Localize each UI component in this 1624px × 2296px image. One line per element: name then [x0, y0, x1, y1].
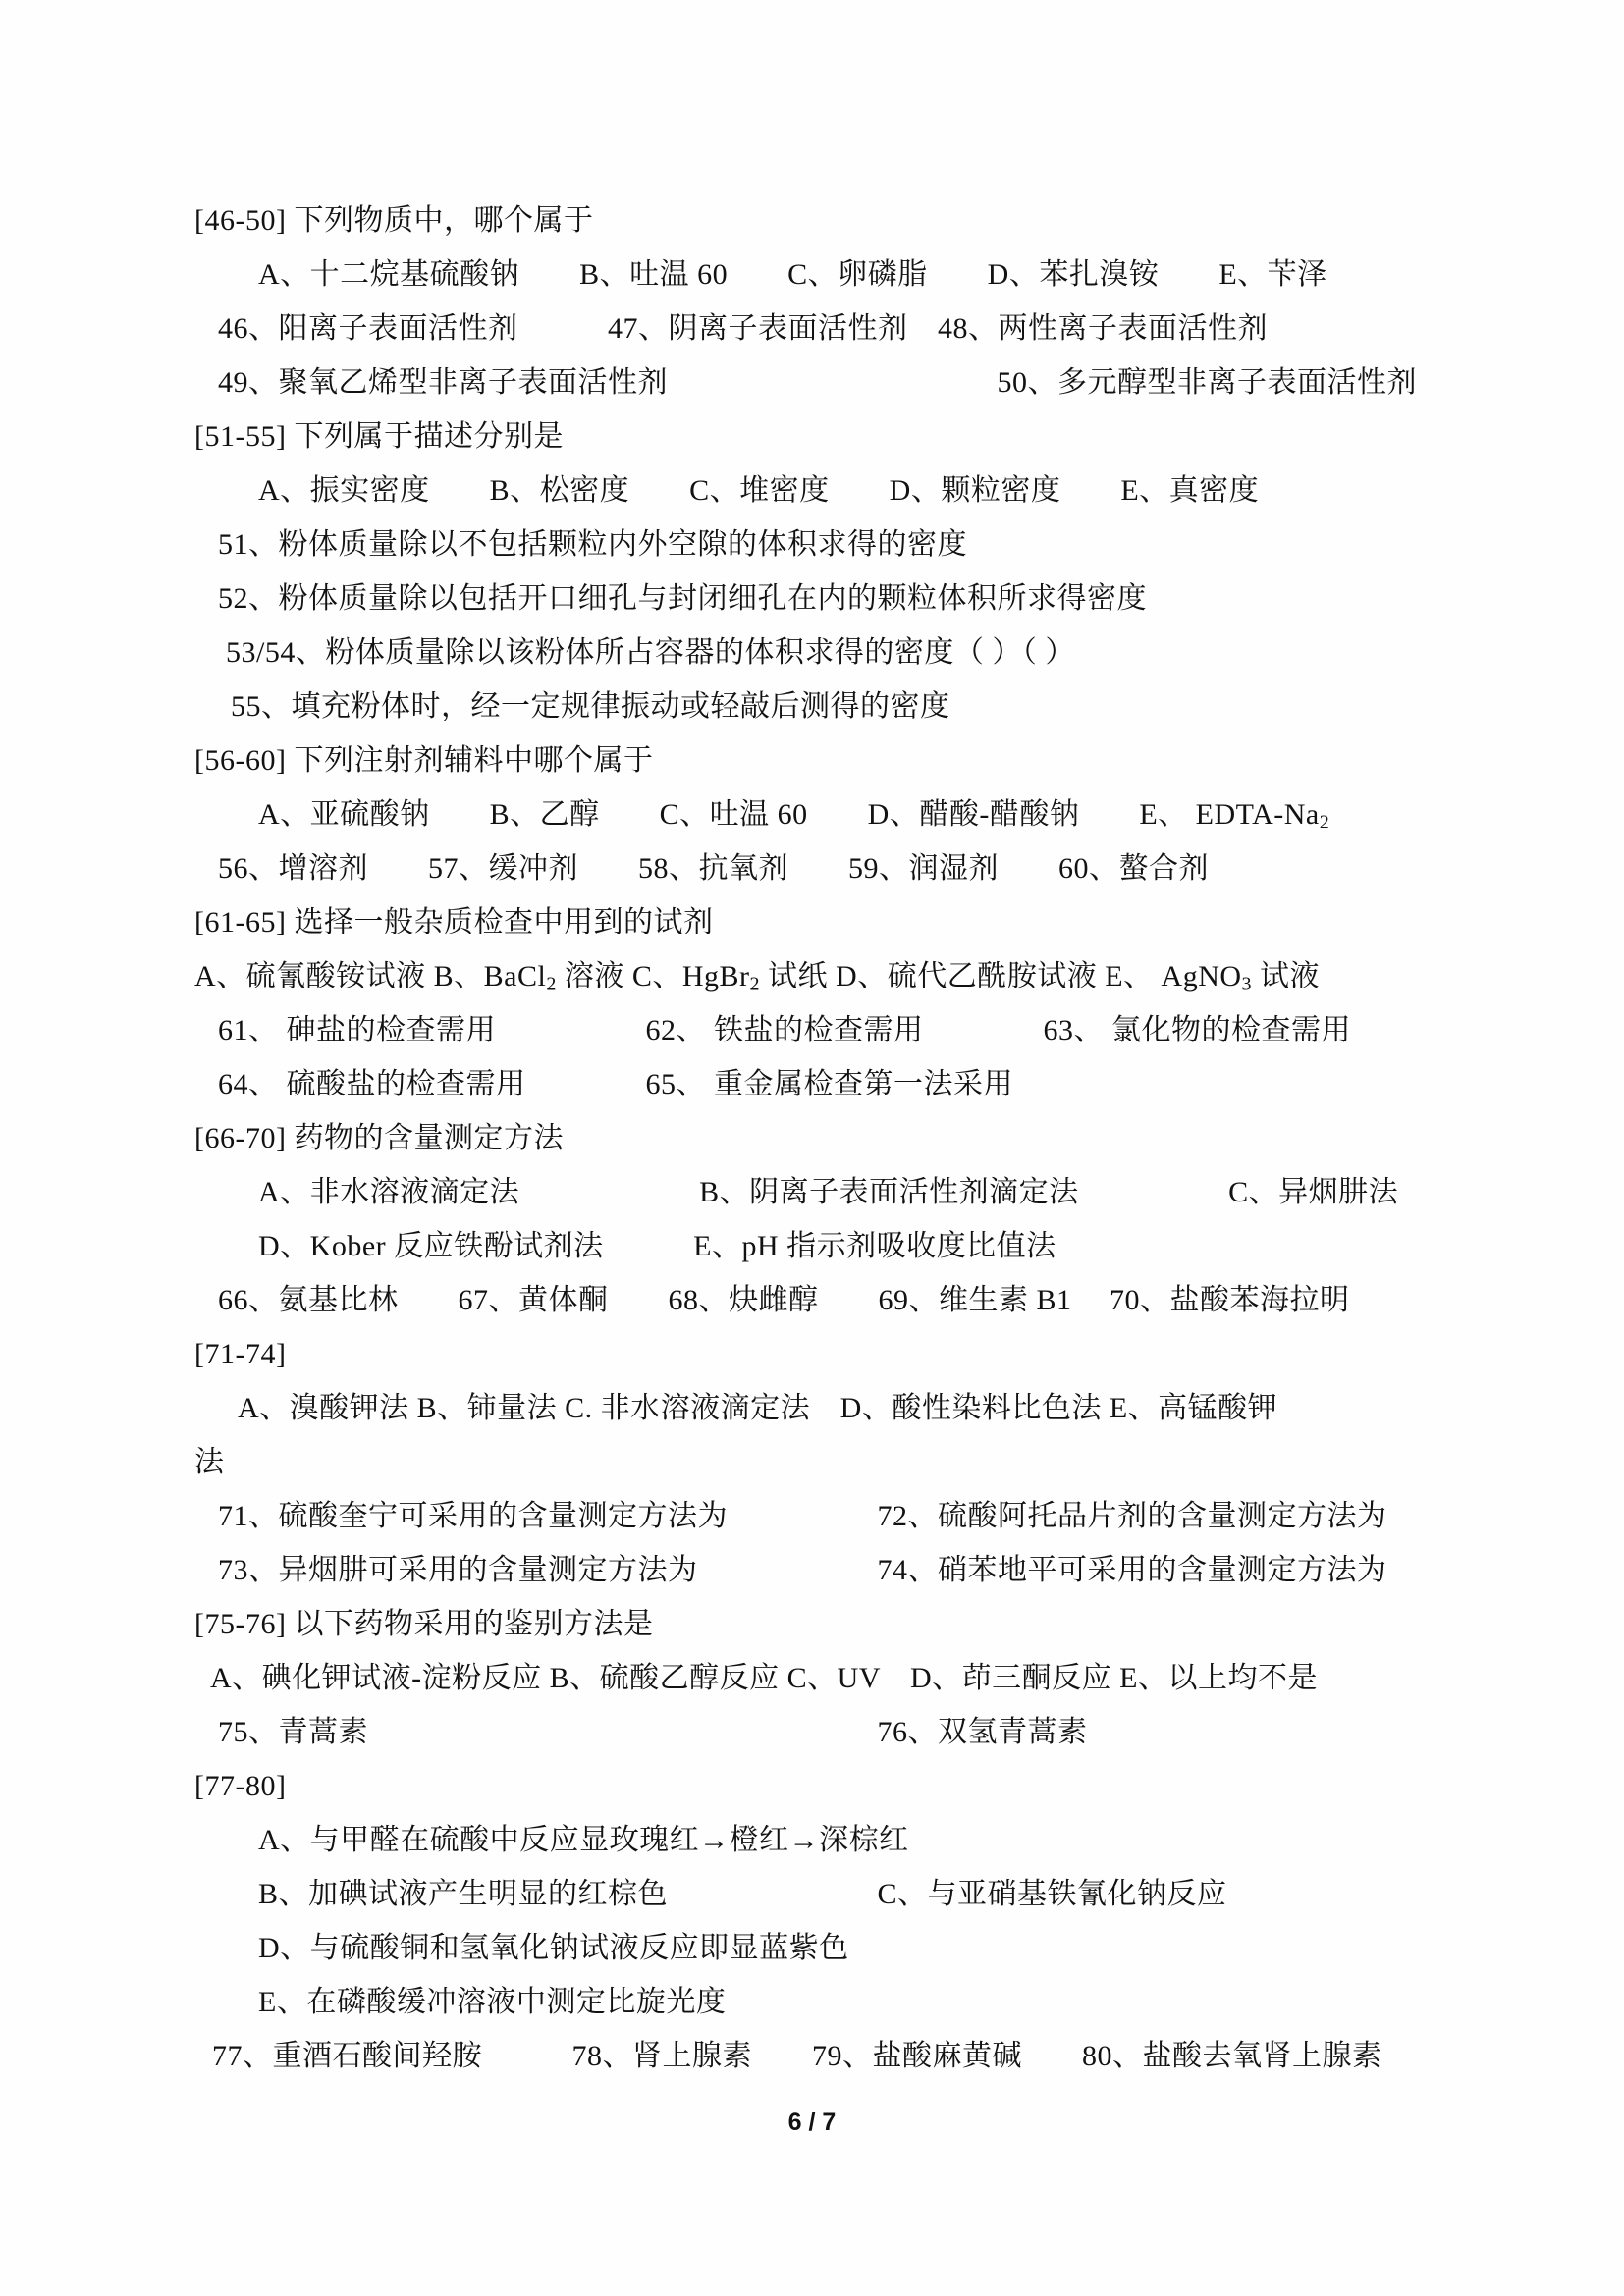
options-61-65: A、硫氰酸铵试液 B、BaCl2 溶液 C、HgBr2 试纸 D、硫代乙酰胺试液… [194, 949, 1500, 1003]
text-run: [56-60] 下列注射剂辅料中哪个属于 [194, 744, 653, 776]
subscript-text: 2 [546, 973, 557, 994]
text-run: B、加碘试液产生明显的红棕色 C、与亚硝基铁氰化钠反应 [258, 1878, 1227, 1910]
items-77-80: 77、重酒石酸间羟胺 78、肾上腺素 79、盐酸麻黄碱 80、盐酸去氧肾上腺素 [194, 2029, 1500, 2083]
text-run: 73、异烟肼可采用的含量测定方法为 74、硝苯地平可采用的含量测定方法为 [218, 1554, 1387, 1586]
option-77-80-e: E、在磷酸缓冲溶液中测定比旋光度 [194, 1975, 1500, 2029]
text-run: 66、氨基比林 67、黄体酮 68、炔雌醇 69、维生素 B1 70、盐酸苯海拉… [218, 1284, 1350, 1316]
section-71-74-header: [71-74] [194, 1327, 1500, 1381]
section-75-76-header: [75-76] 以下药物采用的鉴别方法是 [194, 1597, 1500, 1651]
options-46-50: A、十二烷基硫酸钠 B、吐温 60 C、卵磷脂 D、苯扎溴铵 E、苄泽 [194, 247, 1500, 301]
text-run: A、碘化钾试液-淀粉反应 B、硫酸乙醇反应 C、UV D、茚三酮反应 E、以上均… [210, 1662, 1318, 1694]
text-run: A、非水溶液滴定法 B、阴离子表面活性剂滴定法 C、异烟肼法 [258, 1176, 1398, 1208]
section-66-70-header: [66-70] 药物的含量测定方法 [194, 1111, 1500, 1165]
options-71-74-line2: 法 [194, 1435, 1500, 1489]
page-number: 6 / 7 [0, 2109, 1624, 2137]
items-61-63: 61、 砷盐的检查需用 62、 铁盐的检查需用 63、 氯化物的检查需用 [194, 1003, 1500, 1057]
text-run: [61-65] 选择一般杂质检查中用到的试剂 [194, 906, 713, 938]
text-run: [71-74] [194, 1338, 286, 1370]
options-71-74-line1: A、溴酸钾法 B、铈量法 C. 非水溶液滴定法 D、酸性染料比色法 E、高锰酸钾 [194, 1381, 1500, 1435]
document-page: [46-50] 下列物质中，哪个属于A、十二烷基硫酸钠 B、吐温 60 C、卵磷… [0, 0, 1624, 2296]
subscript-text: 2 [1320, 811, 1330, 832]
text-run: 52、粉体质量除以包括开口细孔与封闭细孔在内的颗粒体积所求得密度 [218, 582, 1147, 614]
items-73-74: 73、异烟肼可采用的含量测定方法为 74、硝苯地平可采用的含量测定方法为 [194, 1543, 1500, 1597]
text-run: 试纸 D、硫代乙酰胺试液 E、 AgNO [760, 960, 1242, 992]
items-56-60: 56、增溶剂 57、缓冲剂 58、抗氧剂 59、润湿剂 60、螯合剂 [194, 841, 1500, 895]
text-run: 试液 [1252, 960, 1320, 992]
text-run: [66-70] 药物的含量测定方法 [194, 1122, 564, 1154]
option-77-80-d: D、与硫酸铜和氢氧化钠试液反应即显蓝紫色 [194, 1921, 1500, 1975]
text-run: [51-55] 下列属于描述分别是 [194, 420, 564, 453]
section-51-55-header: [51-55] 下列属于描述分别是 [194, 409, 1500, 463]
text-run: 51、粉体质量除以不包括颗粒内外空隙的体积求得的密度 [218, 528, 967, 561]
text-run: 71、硫酸奎宁可采用的含量测定方法为 72、硫酸阿托品片剂的含量测定方法为 [218, 1500, 1387, 1532]
text-run: 61、 砷盐的检查需用 62、 铁盐的检查需用 63、 氯化物的检查需用 [218, 1014, 1351, 1046]
item-51: 51、粉体质量除以不包括颗粒内外空隙的体积求得的密度 [194, 517, 1500, 571]
text-run: [75-76] 以下药物采用的鉴别方法是 [194, 1608, 653, 1640]
option-77-80-a: A、与甲醛在硫酸中反应显玫瑰红→橙红→深棕红 [194, 1813, 1500, 1867]
text-run: 46、阳离子表面活性剂 47、阴离子表面活性剂 48、两性离子表面活性剂 [218, 312, 1268, 345]
text-run: 49、聚氧乙烯型非离子表面活性剂 50、多元醇型非离子表面活性剂 [218, 366, 1417, 399]
items-71-72: 71、硫酸奎宁可采用的含量测定方法为 72、硫酸阿托品片剂的含量测定方法为 [194, 1489, 1500, 1543]
options-77-80-bc: B、加碘试液产生明显的红棕色 C、与亚硝基铁氰化钠反应 [194, 1867, 1500, 1921]
subscript-text: 3 [1242, 973, 1253, 994]
text-run: A、十二烷基硫酸钠 B、吐温 60 C、卵磷脂 D、苯扎溴铵 E、苄泽 [258, 258, 1327, 291]
options-66-70-line2: D、Kober 反应铁酚试剂法 E、pH 指示剂吸收度比值法 [194, 1219, 1500, 1273]
options-75-76: A、碘化钾试液-淀粉反应 B、硫酸乙醇反应 C、UV D、茚三酮反应 E、以上均… [194, 1651, 1500, 1705]
text-run: A、硫氰酸铵试液 B、BaCl [194, 960, 546, 992]
item-52: 52、粉体质量除以包括开口细孔与封闭细孔在内的颗粒体积所求得密度 [194, 571, 1500, 625]
item-55: 55、填充粉体时，经一定规律振动或轻敲后测得的密度 [194, 679, 1500, 733]
items-49-50: 49、聚氧乙烯型非离子表面活性剂 50、多元醇型非离子表面活性剂 [194, 355, 1500, 409]
item-53-54: 53/54、粉体质量除以该粉体所占容器的体积求得的密度（ ）（ ） [194, 625, 1500, 679]
section-56-60-header: [56-60] 下列注射剂辅料中哪个属于 [194, 733, 1500, 787]
items-75-76: 75、青蒿素 76、双氢青蒿素 [194, 1705, 1500, 1759]
text-run: A、与甲醛在硫酸中反应显玫瑰红→橙红→深棕红 [258, 1824, 909, 1856]
document-content: [46-50] 下列物质中，哪个属于A、十二烷基硫酸钠 B、吐温 60 C、卵磷… [194, 193, 1500, 2083]
text-run: 53/54、粉体质量除以该粉体所占容器的体积求得的密度（ ）（ ） [226, 636, 1075, 668]
section-46-50-header: [46-50] 下列物质中，哪个属于 [194, 193, 1500, 247]
text-run: D、与硫酸铜和氢氧化钠试液反应即显蓝紫色 [258, 1932, 849, 1964]
text-run: A、溴酸钾法 B、铈量法 C. 非水溶液滴定法 D、酸性染料比色法 E、高锰酸钾 [238, 1392, 1277, 1424]
text-run: A、亚硫酸钠 B、乙醇 C、吐温 60 D、醋酸-醋酸钠 E、 EDTA-Na [258, 798, 1320, 830]
options-66-70-line1: A、非水溶液滴定法 B、阴离子表面活性剂滴定法 C、异烟肼法 [194, 1165, 1500, 1219]
text-run: 64、 硫酸盐的检查需用 65、 重金属检查第一法采用 [218, 1068, 1013, 1100]
text-run: [77-80] [194, 1770, 286, 1802]
text-run: E、在磷酸缓冲溶液中测定比旋光度 [258, 1986, 726, 2018]
text-run: 55、填充粉体时，经一定规律振动或轻敲后测得的密度 [231, 690, 950, 722]
text-run: [46-50] 下列物质中，哪个属于 [194, 204, 593, 237]
text-run: A、振实密度 B、松密度 C、堆密度 D、颗粒密度 E、真密度 [258, 474, 1259, 507]
options-51-55: A、振实密度 B、松密度 C、堆密度 D、颗粒密度 E、真密度 [194, 463, 1500, 517]
subscript-text: 2 [750, 973, 761, 994]
text-run: D、Kober 反应铁酚试剂法 E、pH 指示剂吸收度比值法 [258, 1230, 1056, 1262]
text-run: 56、增溶剂 57、缓冲剂 58、抗氧剂 59、润湿剂 60、螯合剂 [218, 852, 1209, 884]
text-run: 77、重酒石酸间羟胺 78、肾上腺素 79、盐酸麻黄碱 80、盐酸去氧肾上腺素 [212, 2040, 1382, 2072]
items-46-48: 46、阳离子表面活性剂 47、阴离子表面活性剂 48、两性离子表面活性剂 [194, 301, 1500, 355]
items-64-65: 64、 硫酸盐的检查需用 65、 重金属检查第一法采用 [194, 1057, 1500, 1111]
options-56-60: A、亚硫酸钠 B、乙醇 C、吐温 60 D、醋酸-醋酸钠 E、 EDTA-Na2 [194, 787, 1500, 841]
page-number-text: 6 / 7 [788, 2109, 837, 2136]
text-run: 溶液 C、HgBr [557, 960, 750, 992]
text-run: 法 [194, 1446, 225, 1478]
items-66-70: 66、氨基比林 67、黄体酮 68、炔雌醇 69、维生素 B1 70、盐酸苯海拉… [194, 1273, 1500, 1327]
section-77-80-header: [77-80] [194, 1759, 1500, 1813]
section-61-65-header: [61-65] 选择一般杂质检查中用到的试剂 [194, 895, 1500, 949]
text-run: 75、青蒿素 76、双氢青蒿素 [218, 1716, 1088, 1748]
